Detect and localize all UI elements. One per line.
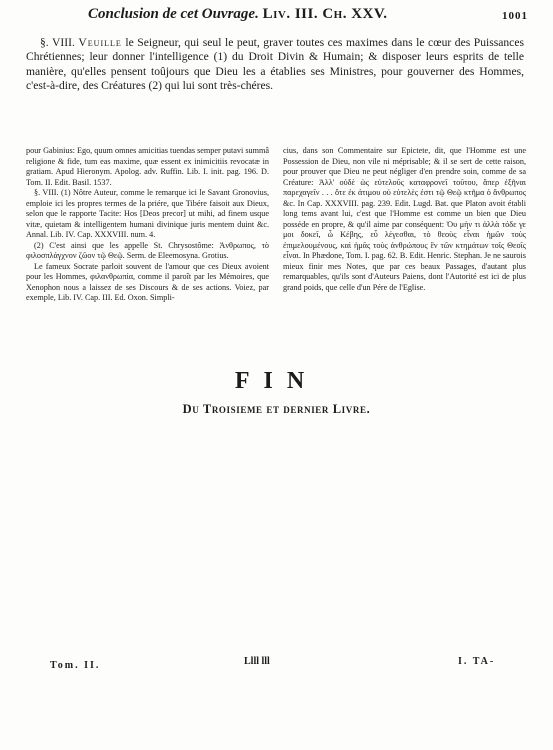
fin-subtitle: Du Troisieme et dernier Livre. [0,402,553,417]
footnotes: pour Gabinius: Ego, quum omnes amicitias… [26,146,526,304]
catchword: I. TA- [458,656,495,667]
footnote-right-text: cius, dans son Commentaire sur Epictete,… [283,146,526,293]
footnote-1: §. VIII. (1) Nôtre Auteur, comme le rema… [26,188,269,241]
running-head-book-chapter: Liv. III. Ch. XXV. [263,6,388,22]
footnotes-right-column: cius, dans son Commentaire sur Epictete,… [283,146,526,304]
running-head-title: Conclusion de cet Ouvrage. [88,6,259,22]
fin-title: FIN [0,368,553,395]
section-number: §. VIII. [40,36,75,49]
running-head: Conclusion de cet Ouvrage. Liv. III. Ch.… [88,6,488,23]
volume-label: Tom. II. [50,660,100,671]
footnotes-left-column: pour Gabinius: Ego, quum omnes amicitias… [26,146,269,304]
page-number: 1001 [502,10,528,22]
footnote-2-cont: Le fameux Socrate parloit souvent de l'a… [26,262,269,304]
footnote-2: (2) C'est ainsi que les appelle St. Chry… [26,241,269,262]
book-page: Conclusion de cet Ouvrage. Liv. III. Ch.… [0,0,553,750]
footnote-continuation: pour Gabinius: Ego, quum omnes amicitias… [26,146,269,188]
lead-word: Veuille [78,36,121,49]
signature-mark: Llll lll [244,656,270,667]
main-paragraph: §. VIII. Veuille le Seigneur, qui seul l… [26,36,524,94]
